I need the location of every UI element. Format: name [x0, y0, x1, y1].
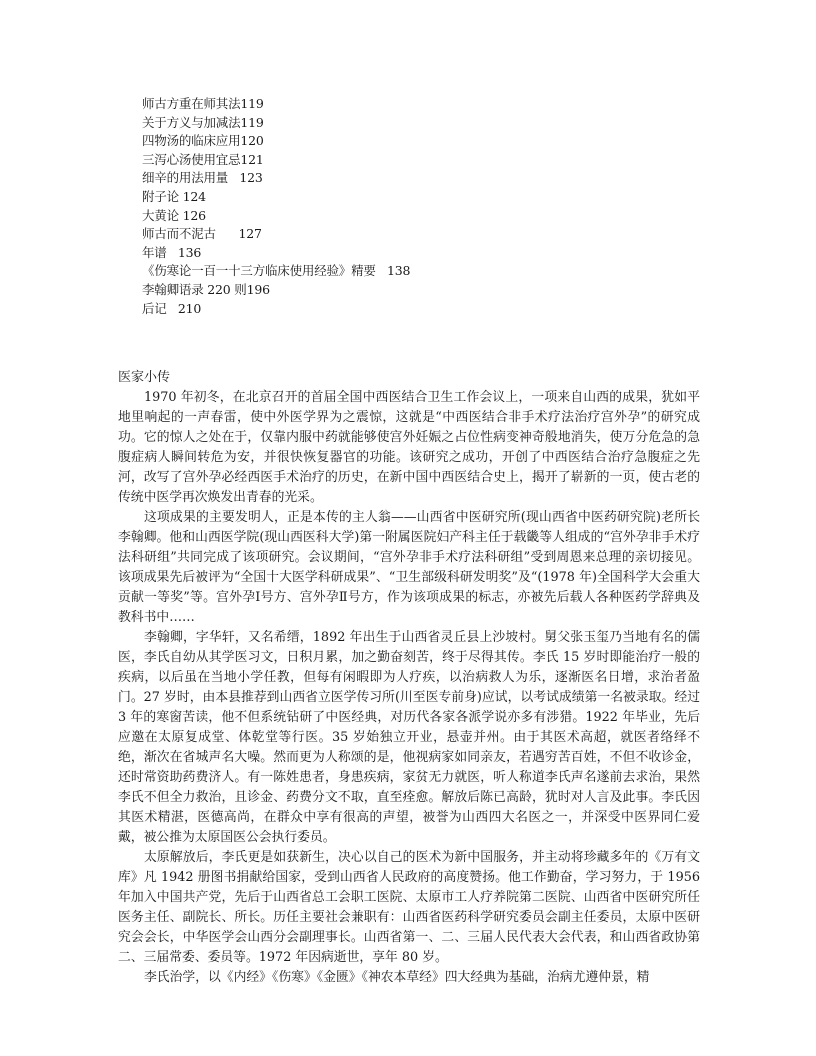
paragraph: 李氏治学，以《内经》《伤寒》《金匮》《神农本草经》四大经典为基础，治病尤遵仲景，… [118, 968, 700, 988]
toc-entry: 李翰卿语录 220 则196 [142, 281, 702, 300]
toc-entry: 四物汤的临床应用120 [142, 132, 702, 151]
biography-section: 医家小传 1970 年初冬，在北京召开的首届全国中西医结合卫生工作会议上，一项来… [118, 368, 700, 988]
table-of-contents: 师古方重在师其法119 关于方义与加减法119 四物汤的临床应用120 三泻心汤… [142, 95, 702, 318]
toc-entry: 关于方义与加减法119 [142, 114, 702, 133]
paragraph: 太原解放后，李氏更是如获新生，决心以自己的医术为新中国服务，并主动将珍藏多年的《… [118, 848, 700, 968]
toc-entry: 附子论 124 [142, 188, 702, 207]
toc-entry: 细辛的用法用量 123 [142, 169, 702, 188]
toc-entry: 师古方重在师其法119 [142, 95, 702, 114]
toc-entry: 《伤寒论一百一十三方临床使用经验》精要 138 [142, 262, 702, 281]
paragraph: 李翰卿，字华轩，又名希缙，1892 年出生于山西省灵丘县上沙坡村。舅父张玉玺乃当… [118, 628, 700, 848]
paragraph: 1970 年初冬，在北京召开的首届全国中西医结合卫生工作会议上，一项来自山西的成… [118, 388, 700, 508]
toc-entry: 大黄论 126 [142, 207, 702, 226]
toc-entry: 三泻心汤使用宜忌121 [142, 151, 702, 170]
toc-entry: 后记 210 [142, 300, 702, 319]
toc-entry: 年谱 136 [142, 244, 702, 263]
paragraph: 这项成果的主要发明人，正是本传的主人翁——山西省中医研究所(现山西省中医药研究院… [118, 508, 700, 628]
section-title: 医家小传 [118, 368, 700, 388]
toc-entry: 师古而不泥古 127 [142, 225, 702, 244]
